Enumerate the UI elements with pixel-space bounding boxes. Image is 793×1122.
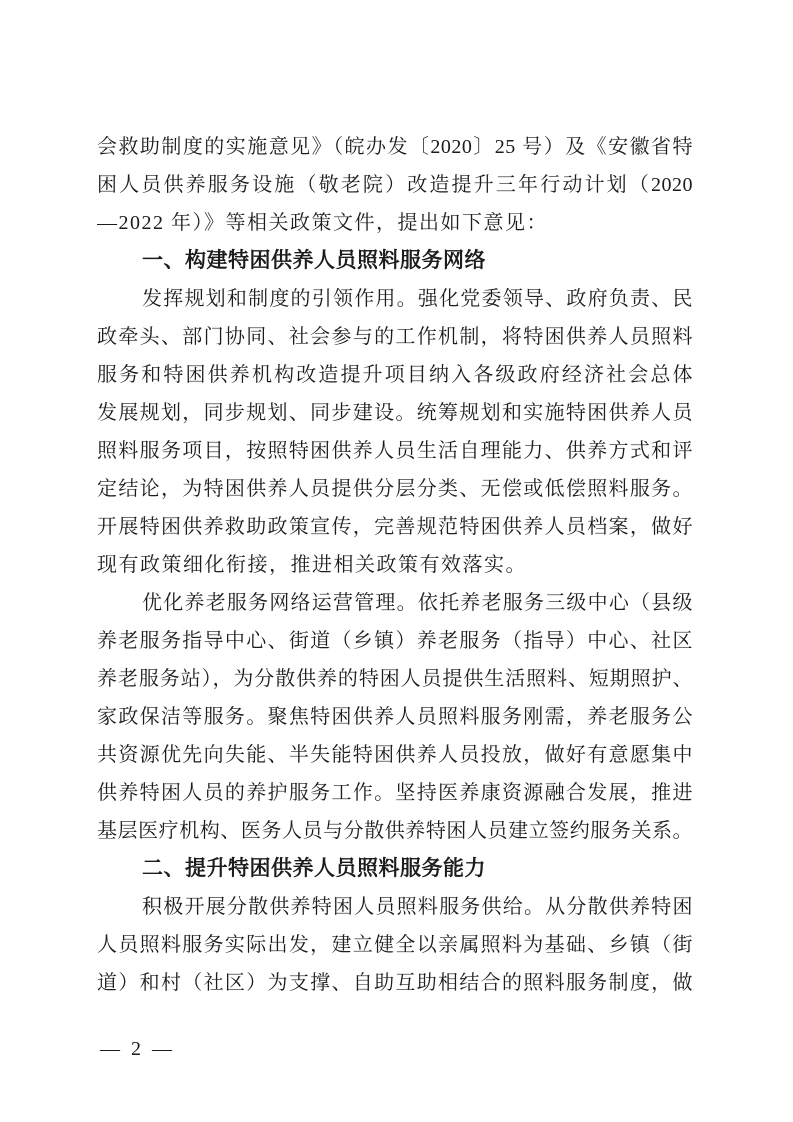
text-line: 养老服务指导中心、街道（乡镇）养老服务（指导）中心、社区 (97, 622, 693, 660)
text-line: 优化养老服务网络运营管理。依托养老服务三级中心（县级 (97, 584, 693, 622)
text-line: 服务和特困供养机构改造提升项目纳入各级政府经济社会总体 (97, 356, 693, 394)
text-line: 定结论，为特困供养人员提供分层分类、无偿或低偿照料服务。 (97, 470, 693, 508)
text-line: 开展特困供养救助政策宣传，完善规范特困供养人员档案，做好 (97, 508, 693, 546)
text-line: 会救助制度的实施意见》（皖办发〔2020〕25 号）及《安徽省特 (97, 128, 693, 166)
text-line: 人员照料服务实际出发，建立健全以亲属照料为基础、乡镇（街 (97, 926, 693, 964)
text-line: 政牵头、部门协同、社会参与的工作机制，将特困供养人员照料 (97, 318, 693, 356)
text-line: 现有政策细化衔接，推进相关政策有效落实。 (97, 546, 693, 584)
text-line: 共资源优先向失能、半失能特困供养人员投放，做好有意愿集中 (97, 736, 693, 774)
document-body: 会救助制度的实施意见》（皖办发〔2020〕25 号）及《安徽省特 困人员供养服务… (97, 128, 693, 1002)
text-line: 基层医疗机构、医务人员与分散供养特困人员建立签约服务关系。 (97, 812, 693, 850)
page-number: — 2 — (100, 1036, 175, 1062)
section-heading: 二、提升特困供养人员照料服务能力 (97, 850, 693, 888)
text-line: 发展规划，同步规划、同步建设。统筹规划和实施特困供养人员 (97, 394, 693, 432)
text-line: 供养特困人员的养护服务工作。坚持医养康资源融合发展，推进 (97, 774, 693, 812)
text-line: 发挥规划和制度的引领作用。强化党委领导、政府负责、民 (97, 280, 693, 318)
text-line: 积极开展分散供养特困人员照料服务供给。从分散供养特困 (97, 888, 693, 926)
text-line: 道）和村（社区）为支撑、自助互助相结合的照料服务制度，做 (97, 964, 693, 1002)
text-line: 照料服务项目，按照特困供养人员生活自理能力、供养方式和评 (97, 432, 693, 470)
text-line: —2022 年）》等相关政策文件，提出如下意见： (97, 204, 693, 242)
text-line: 家政保洁等服务。聚焦特困供养人员照料服务刚需，养老服务公 (97, 698, 693, 736)
section-heading: 一、构建特困供养人员照料服务网络 (97, 242, 693, 280)
text-line: 困人员供养服务设施（敬老院）改造提升三年行动计划（2020 (97, 166, 693, 204)
text-line: 养老服务站），为分散供养的特困人员提供生活照料、短期照护、 (97, 660, 693, 698)
document-page: 会救助制度的实施意见》（皖办发〔2020〕25 号）及《安徽省特 困人员供养服务… (0, 0, 793, 1122)
